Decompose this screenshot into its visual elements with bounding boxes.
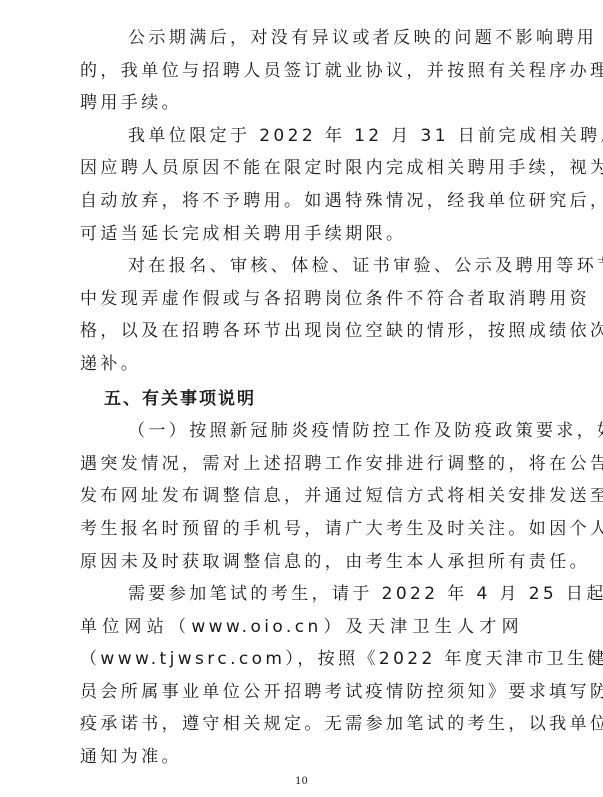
text-line: 疫承诺书，遵守相关规定。无需参加笔试的考生，以我单位 xyxy=(80,708,522,741)
page-number: 10 xyxy=(0,776,603,787)
text-line: （一）按照新冠肺炎疫情防控工作及防疫政策要求，如 xyxy=(80,415,522,448)
section-heading: 五、有关事项说明 xyxy=(80,383,522,416)
text-line: 发布网址发布调整信息，并通过短信方式将相关安排发送至 xyxy=(80,480,522,513)
text-line: 聘用手续。 xyxy=(80,87,522,120)
text-line: 考生报名时预留的手机号，请广大考生及时关注。如因个人 xyxy=(80,513,522,546)
text-line: 遇突发情况，需对上述招聘工作安排进行调整的，将在公告 xyxy=(80,448,522,481)
text-line: 递补。 xyxy=(80,348,522,381)
paragraph-deadline: 我单位限定于 2022 年 12 月 31 日前完成相关聘用手续， 因应聘人员原… xyxy=(80,120,522,250)
text-line: 原因未及时获取调整信息的，由考生本人承担所有责任。 xyxy=(80,546,522,579)
text-line: 通知为准。 xyxy=(80,741,522,774)
paragraph-disqualification: 对在报名、审核、体检、证书审验、公示及聘用等环节 中发现弄虚作假或与各招聘岗位条… xyxy=(80,250,522,380)
text-line: 中发现弄虚作假或与各招聘岗位条件不符合者取消聘用资 xyxy=(80,283,522,316)
text-line: 对在报名、审核、体检、证书审验、公示及聘用等环节 xyxy=(80,250,522,283)
text-line: 公示期满后，对没有异议或者反映的问题不影响聘用 xyxy=(80,22,522,55)
paragraph-epidemic-adjustment: （一）按照新冠肺炎疫情防控工作及防疫政策要求，如 遇突发情况，需对上述招聘工作安… xyxy=(80,415,522,578)
text-line: 因应聘人员原因不能在限定时限内完成相关聘用手续，视为 xyxy=(80,152,522,185)
document-body: 公示期满后，对没有异议或者反映的问题不影响聘用 的，我单位与招聘人员签订就业协议… xyxy=(80,22,522,774)
text-line: 的，我单位与招聘人员签订就业协议，并按照有关程序办理 xyxy=(80,55,522,88)
paragraph-publicity-period: 公示期满后，对没有异议或者反映的问题不影响聘用 的，我单位与招聘人员签订就业协议… xyxy=(80,22,522,120)
text-line: （www.tjwsrc.com），按照《2022 年度天津市卫生健康委 xyxy=(80,643,522,676)
text-line: 自动放弃，将不予聘用。如遇特殊情况，经我单位研究后， xyxy=(80,185,522,218)
document-page: 公示期满后，对没有异议或者反映的问题不影响聘用 的，我单位与招聘人员签订就业协议… xyxy=(0,0,603,797)
text-line: 格，以及在招聘各环节出现岗位空缺的情形，按照成绩依次 xyxy=(80,315,522,348)
text-line: 我单位限定于 2022 年 12 月 31 日前完成相关聘用手续， xyxy=(80,120,522,153)
paragraph-written-exam-notice: 需要参加笔试的考生，请于 2022 年 4 月 25 日起关注我 单位网站（ww… xyxy=(80,578,522,774)
text-line: 需要参加笔试的考生，请于 2022 年 4 月 25 日起关注我 xyxy=(80,578,522,611)
text-line: 可适当延长完成相关聘用手续期限。 xyxy=(80,218,522,251)
text-line: 员会所属事业单位公开招聘考试疫情防控须知》要求填写防 xyxy=(80,676,522,709)
text-line: 单位网站（www.oio.cn）及天津卫生人才网 xyxy=(80,611,522,644)
